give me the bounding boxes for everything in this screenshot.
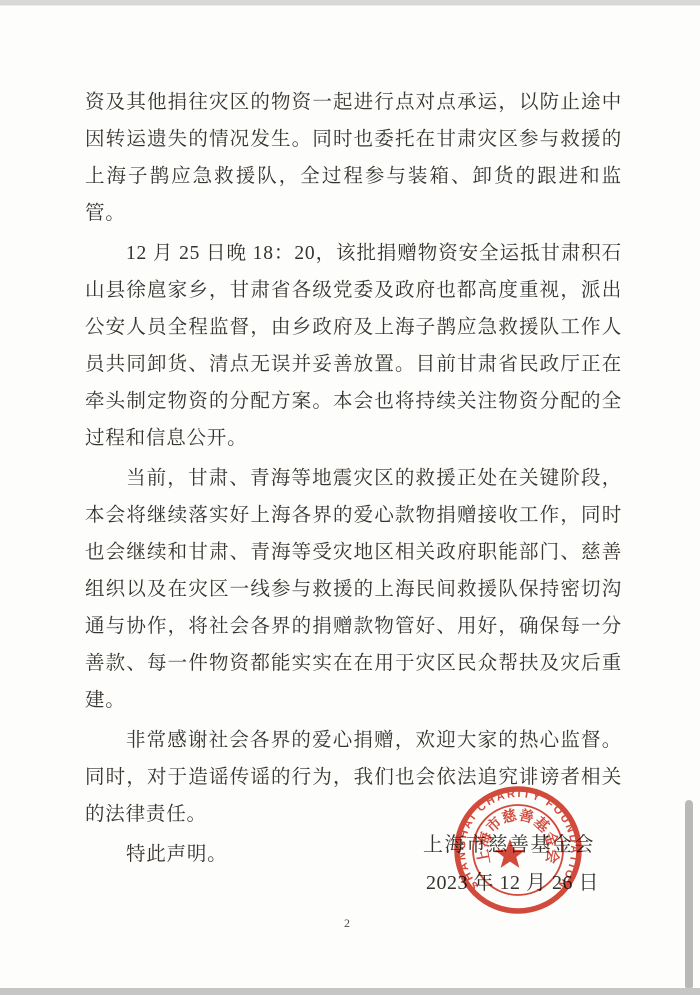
scrollbar-thumb[interactable]	[685, 800, 693, 988]
paragraph: 非常感谢社会各界的爱心捐赠，欢迎大家的热心监督。同时，对于造谣传谣的行为，我们也…	[85, 722, 622, 833]
bottom-edge-strip	[0, 988, 700, 995]
signature-date: 2023 年 12 月 26 日	[426, 866, 599, 895]
signature-org: 上海市慈善基金会	[423, 828, 595, 857]
document-page: 资及其他捐往灾区的物资一起进行点对点承运，以防止途中因转运遗失的情况发生。同时也…	[0, 0, 700, 995]
paragraph: 当前，甘肃、青海等地震灾区的救援正处在关键阶段，本会将继续落实好上海各界的爱心款…	[85, 460, 622, 719]
page-number: 2	[344, 916, 350, 931]
paragraph: 资及其他捐往灾区的物资一起进行点对点承运，以防止途中因转运遗失的情况发生。同时也…	[85, 84, 622, 232]
paragraph: 12 月 25 日晚 18：20，该批捐赠物资安全运抵甘肃积石山县徐扈家乡，甘肃…	[85, 235, 622, 457]
top-edge-strip	[0, 0, 700, 6]
document-body: 资及其他捐往灾区的物资一起进行点对点承运，以防止途中因转运遗失的情况发生。同时也…	[85, 84, 622, 876]
